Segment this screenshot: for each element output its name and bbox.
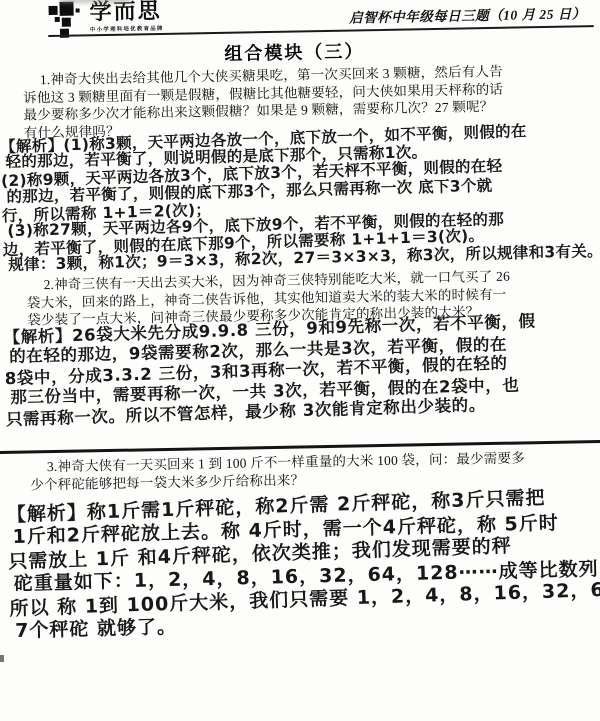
page-content: 学而思 中小学理科培优教育品牌 启智杯中年级每日三题（10 月 25 日） 组合… [0, 0, 600, 721]
scan-smudge [60, 0, 130, 3]
brand-name: 学而思 [89, 0, 163, 24]
solution-3-handwriting: 【解析】称1斤需1斤秤砣，称2斤需 2斤秤砣，称3斤只需把 1斤和2斤秤砣放上去… [7, 486, 600, 644]
problem-3-text: 3.神奇大侠有一天买回来 1 到 100 斤不一样重量的大米 100 袋，问：最… [30, 448, 591, 493]
solution-1-handwriting: 【解析】(1)称3颗，天平两边各放一个，底下放一个，如不平衡，则假的在 轻的那边… [0, 122, 597, 275]
scanned-worksheet-page: 学而思 中小学理科培优教育品牌 启智杯中年级每日三题（10 月 25 日） 组合… [0, 0, 600, 721]
header-subtitle: 启智杯中年级每日三题（10 月 25 日） [349, 2, 586, 26]
solution-2-handwriting: 【解析】26袋大米先分成9.9.8 三份，9和9先称一次，若不平衡，假 的在轻的… [3, 311, 600, 430]
brand-tagline: 中小学理科培优教育品牌 [90, 24, 164, 33]
pixel-question-mark-icon [47, 1, 86, 38]
scan-speck [0, 655, 4, 662]
